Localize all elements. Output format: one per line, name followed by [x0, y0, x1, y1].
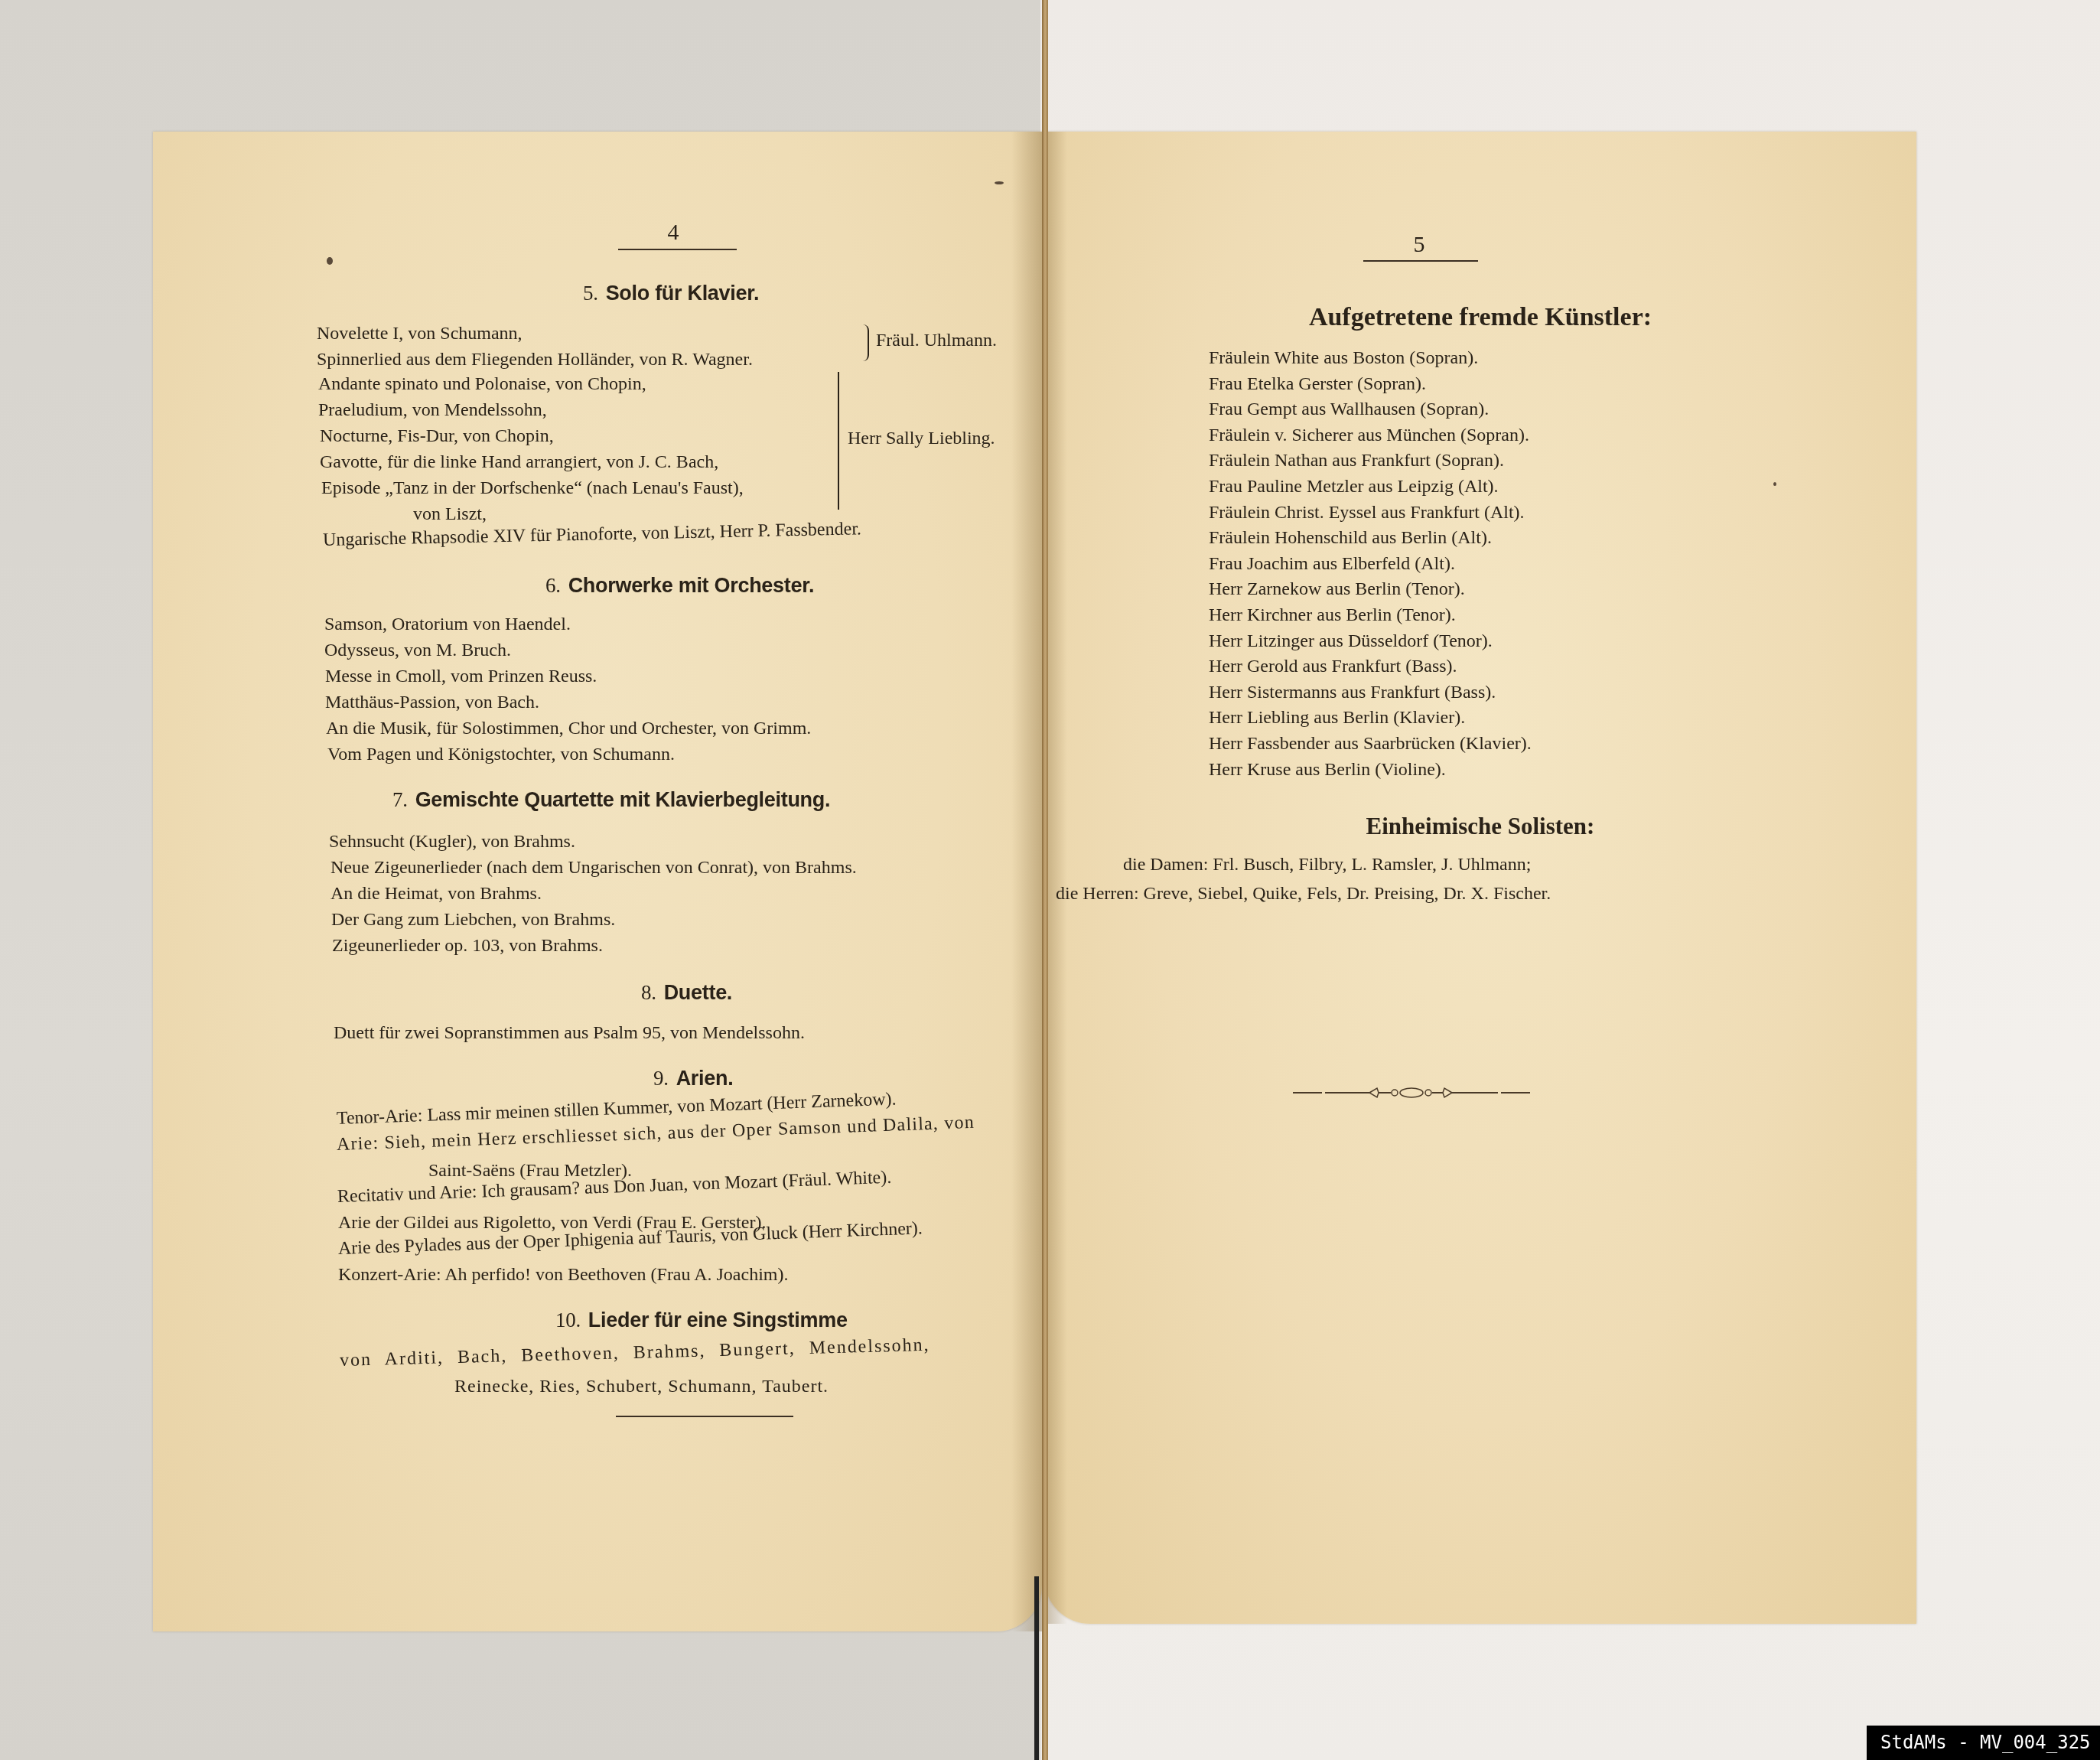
program-item: Reinecke, Ries, Schubert, Schumann, Taub… [454, 1377, 829, 1396]
program-item: Gavotte, für die linke Hand arrangiert, … [320, 453, 718, 471]
section-heading: 9.Arien. [653, 1067, 733, 1090]
artist-item: Frau Pauline Metzler aus Leipzig (Alt). [1209, 474, 1532, 500]
artist-item: Fräulein v. Sicherer aus München (Sopran… [1209, 423, 1532, 449]
ink-spot [1773, 482, 1776, 486]
program-item: Nocturne, Fis-Dur, von Chopin, [320, 427, 554, 445]
section-heading: 6.Chorwerke mit Orchester. [545, 574, 814, 598]
program-item: Andante spinato und Polonaise, von Chopi… [318, 375, 646, 393]
artist-item: Frau Joachim aus Elberfeld (Alt). [1209, 552, 1532, 578]
performer-uhlmann: Fräul. Uhlmann. [876, 331, 997, 351]
archive-watermark: StdAMs - MV_004_325 [1867, 1726, 2100, 1760]
artist-item: Herr Liebling aus Berlin (Klavier). [1209, 706, 1532, 732]
program-item: Konzert-Arie: Ah perfido! von Beethoven … [338, 1266, 789, 1284]
section-heading: 7.Gemischte Quartette mit Klavierbegleit… [392, 788, 830, 812]
artist-item: Frau Etelka Gerster (Sopran). [1209, 372, 1532, 398]
program-item: Vom Pagen und Königstochter, von Schuman… [327, 745, 675, 764]
program-item: Samson, Oratorium von Haendel. [324, 615, 571, 634]
program-item: Matthäus-Passion, von Bach. [325, 693, 539, 712]
program-item: Novelette I, von Schumann, [317, 324, 523, 343]
artist-item: Herr Kirchner aus Berlin (Tenor). [1209, 603, 1532, 629]
artist-item: Fräulein Nathan aus Frankfurt (Sopran). [1209, 448, 1532, 474]
program-item: An die Musik, für Solostimmen, Chor und … [326, 719, 811, 738]
program-item: Episode „Tanz in der Dorfschenke“ (nach … [321, 479, 744, 497]
artist-item: Fräulein Hohenschild aus Berlin (Alt). [1209, 526, 1532, 552]
artist-item: Herr Gerold aus Frankfurt (Bass). [1209, 654, 1532, 680]
program-item: Neue Zigeunerlieder (nach dem Ungarische… [330, 859, 857, 877]
artist-item: Herr Sistermanns aus Frankfurt (Bass). [1209, 680, 1532, 706]
program-item: An die Heimat, von Brahms. [330, 885, 542, 903]
artist-item: Herr Zarnekow aus Berlin (Tenor). [1209, 577, 1532, 603]
artist-item: Frau Gempt aus Wallhausen (Sopran). [1209, 397, 1532, 423]
section-heading: 10.Lieder für eine Singstimme [555, 1309, 848, 1332]
artist-item: Fräulein White aus Boston (Sopran). [1209, 346, 1532, 372]
page-number-left: 4 [658, 220, 689, 246]
program-item: Zigeunerlieder op. 103, von Brahms. [332, 937, 603, 955]
program-item: Spinnerlied aus dem Fliegenden Holländer… [317, 350, 753, 369]
book-spine [1042, 0, 1048, 1760]
ink-spot [995, 181, 1004, 184]
artist-item: Herr Kruse aus Berlin (Violine). [1209, 758, 1532, 784]
section-heading: 5.Solo für Klavier. [583, 282, 759, 305]
brace [838, 372, 839, 510]
artist-item: Herr Fassbender aus Saarbrücken (Klavier… [1209, 732, 1532, 758]
program-item: von Liszt, [413, 505, 487, 523]
ornament-divider [1293, 1085, 1530, 1100]
section-heading: 8.Duette. [641, 981, 732, 1005]
local-soloists-ladies: die Damen: Frl. Busch, Filbry, L. Ramsle… [1123, 856, 1531, 874]
performer-liebling: Herr Sally Liebling. [848, 429, 995, 449]
guest-artists-list: Fräulein White aus Boston (Sopran). Frau… [1209, 346, 1532, 783]
artist-item: Herr Litzinger aus Düsseldorf (Tenor). [1209, 629, 1532, 655]
brace [863, 324, 869, 361]
local-soloists-gentlemen: die Herren: Greve, Siebel, Quike, Fels, … [1056, 885, 1551, 903]
ink-spot [327, 257, 333, 265]
local-soloists-heading: Einheimische Solisten: [1044, 813, 1916, 840]
page-number-rule [1363, 260, 1478, 262]
program-item: Messe in Cmoll, vom Prinzen Reuss. [325, 667, 597, 686]
program-item: Sehnsucht (Kugler), von Brahms. [329, 833, 575, 851]
page-number-right: 5 [1404, 232, 1434, 258]
end-rule [616, 1416, 793, 1417]
program-item: Odysseus, von M. Bruch. [324, 641, 511, 660]
guest-artists-heading: Aufgetretene fremde Künstler: [1044, 303, 1916, 332]
program-item: Der Gang zum Liebchen, von Brahms. [331, 911, 615, 929]
page-number-rule [618, 249, 737, 250]
spine-shadow [1034, 1576, 1039, 1760]
program-item: Praeludium, von Mendelssohn, [318, 401, 547, 419]
artist-item: Fräulein Christ. Eyssel aus Frankfurt (A… [1209, 500, 1532, 526]
program-item: Duett für zwei Sopranstimmen aus Psalm 9… [334, 1024, 805, 1042]
